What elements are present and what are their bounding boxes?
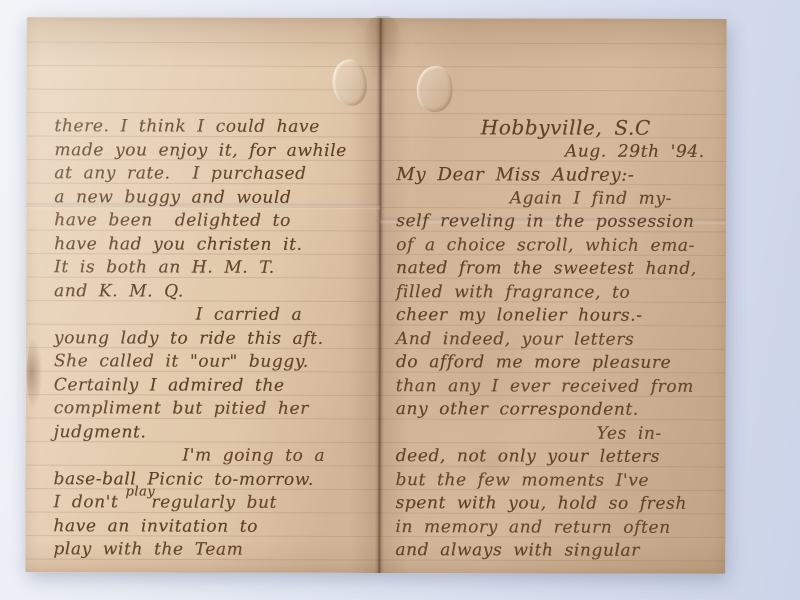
letter-line: have been delighted to	[54, 209, 376, 233]
left-page-lines: there. I think I could havemade you enjo…	[53, 115, 376, 562]
salutation-line: My Dear Miss Audrey:-	[396, 163, 720, 187]
letter-line: made you enjoy it, for awhile	[54, 139, 376, 163]
letter-line: spent with you, hold so fresh	[395, 492, 719, 516]
letter-line: have had you christen it.	[54, 233, 376, 257]
letter-line: young lady to ride this aft.	[54, 327, 376, 351]
letter-line: nated from the sweetest hand,	[396, 257, 720, 281]
letter-line: I carried a	[54, 303, 376, 327]
letter-line: I'm going to a	[54, 444, 376, 468]
letter-line: and K. M. Q.	[54, 280, 376, 304]
letter-line: play with the Team	[53, 538, 375, 562]
letter-line: in memory and return often	[395, 516, 719, 540]
letter-line: but the few moments I've	[395, 469, 719, 493]
letter-line: She called it "our" buggy.	[54, 350, 376, 374]
letter-line: do afford me more pleasure	[396, 351, 720, 375]
right-page: Hobbyville, S.C Aug. 29th '94. My Dear M…	[379, 18, 726, 574]
letter-line: compliment but pitied her	[54, 397, 376, 421]
letter-line: It is both an H. M. T.	[54, 256, 376, 280]
letter-line: there. I think I could have	[54, 115, 376, 139]
right-page-lines: Again I find my-self reveling in the pos…	[395, 187, 720, 564]
letter-line: of a choice scroll, which ema-	[396, 234, 720, 258]
letter-line: cheer my lonelier hours.-	[396, 304, 720, 328]
place-line: Hobbyville, S.C	[396, 116, 720, 140]
letter-line: Yes in-	[396, 422, 720, 446]
letter-line: judgment.	[54, 421, 376, 445]
letter-line: base-ball Picnic to-morrow.	[53, 468, 375, 492]
letter-line: and always with singular	[395, 539, 719, 563]
letter-line: I don't regularly but	[53, 491, 375, 515]
letter-line: than any I ever received from	[396, 375, 720, 399]
letter-line: filled with fragrance, to	[396, 281, 720, 305]
inserted-word-above-line: play	[125, 485, 155, 498]
letter-line: any other correspondent.	[396, 398, 720, 422]
letter-line: Certainly I admired the	[54, 374, 376, 398]
letter-line: at any rate. I purchased	[54, 162, 376, 186]
letter-line: And indeed, your letters	[396, 328, 720, 352]
letter-line: Again I find my-	[396, 187, 720, 211]
letter-line: have an invitation to	[53, 515, 375, 539]
letter-line: a new buggy and would	[54, 186, 376, 210]
letter-line: deed, not only your letters	[396, 445, 720, 469]
letter-line: self reveling in the possession	[396, 210, 720, 234]
date-line: Aug. 29th '94.	[396, 140, 720, 164]
letter-sheet: there. I think I could havemade you enjo…	[25, 17, 726, 574]
left-page: there. I think I could havemade you enjo…	[25, 17, 380, 573]
